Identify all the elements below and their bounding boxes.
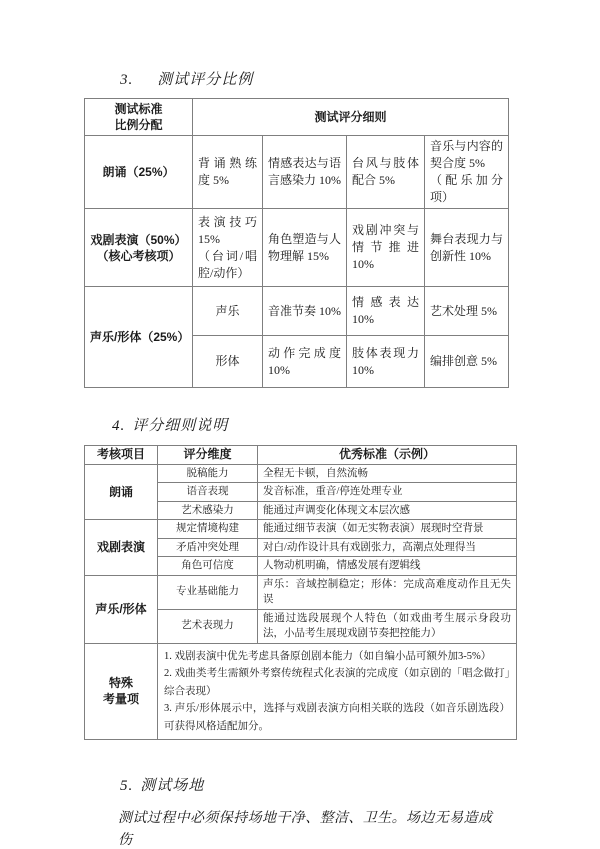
table-cell: 对白/动作设计具有戏剧张力，高潮点处理得当: [258, 538, 517, 557]
document-content: 3.测试评分比例 测试标准 比例分配 测试评分细则 朗诵（25%） 背诵熟练度 …: [84, 0, 516, 849]
table-cell: 戏剧冲突与情节推进 10%: [347, 209, 425, 287]
venue-paragraph: 测试过程中必须保持场地干净、整洁、卫生。场边无易造成伤: [118, 808, 498, 849]
table-cell: 表演技巧15% （台词/唱腔/动作）: [193, 209, 263, 287]
table-cell: 角色可信度: [158, 557, 258, 576]
table-row-vocal: 声乐/形体（25%） 声乐 音准节奏 10% 情感表达 10% 艺术处理 5%: [85, 287, 509, 336]
table-cell: 艺术表现力: [158, 609, 258, 643]
special-considerations-cell: 1. 戏剧表演中优先考虑具备原创剧本能力（如自编小品可额外加3-5%） 2. 戏…: [158, 643, 517, 740]
table-cell: 动作完成度 10%: [263, 336, 347, 388]
section-3-number: 3.: [120, 72, 133, 88]
section-5-number: 5.: [120, 778, 133, 794]
table-cell: 台风与肢体配合 5%: [347, 136, 425, 209]
header-cell-item: 考核项目: [85, 446, 158, 465]
sub-label-body: 形体: [193, 336, 263, 388]
table-cell: 矛盾冲突处理: [158, 538, 258, 557]
document-page: 3.测试评分比例 测试标准 比例分配 测试评分细则 朗诵（25%） 背诵熟练度 …: [0, 0, 600, 849]
section-5-heading: 5.测试场地: [120, 774, 516, 795]
table-header-row: 考核项目 评分维度 优秀标准（示例）: [85, 446, 517, 465]
table-cell: 人物动机明确，情感发展有逻辑线: [258, 557, 517, 576]
header-cell-dimension: 评分维度: [158, 446, 258, 465]
group-label-drama: 戏剧表演: [85, 520, 158, 576]
table-cell: 发音标准，重音/停连处理专业: [258, 483, 517, 502]
section-4-title: 评分细则说明: [132, 418, 228, 434]
header-cell-standard: 优秀标准（示例）: [258, 446, 517, 465]
table-cell: 艺术感染力: [158, 501, 258, 520]
table-cell: 专业基础能力: [158, 575, 258, 609]
row-label-drama: 戏剧表演（50%） （核心考核项）: [85, 209, 193, 287]
scoring-ratio-table: 测试标准 比例分配 测试评分细则 朗诵（25%） 背诵熟练度 5% 情感表达与语…: [84, 98, 509, 388]
table-cell: 音乐与内容的契合度 5% （配乐加分项）: [425, 136, 509, 209]
header-cell-ratio: 测试标准 比例分配: [85, 99, 193, 136]
table-cell: 舞台表现力与创新性 10%: [425, 209, 509, 287]
table-cell: 音准节奏 10%: [263, 287, 347, 336]
section-3-title: 测试评分比例: [157, 72, 253, 88]
table-cell: 能通过细节表演（如无实物表演）展现时空背景: [258, 520, 517, 539]
table-cell: 脱稿能力: [158, 464, 258, 483]
table-cell: 情感表达与语言感染力 10%: [263, 136, 347, 209]
table-row: 声乐/形体 专业基础能力 声乐：音域控制稳定；形体：完成高难度动作且无失误: [85, 575, 517, 609]
table-cell: 编排创意 5%: [425, 336, 509, 388]
section-3-heading: 3.测试评分比例: [120, 68, 516, 89]
table-row-recitation: 朗诵（25%） 背诵熟练度 5% 情感表达与语言感染力 10% 台风与肢体配合 …: [85, 136, 509, 209]
group-label-special: 特殊 考量项: [85, 643, 158, 740]
row-label-vocal-body: 声乐/形体（25%）: [85, 287, 193, 388]
table-row-special: 特殊 考量项 1. 戏剧表演中优先考虑具备原创剧本能力（如自编小品可额外加3-5…: [85, 643, 517, 740]
table-cell: 全程无卡顿，自然流畅: [258, 464, 517, 483]
header-cell-details: 测试评分细则: [193, 99, 509, 136]
criteria-table: 考核项目 评分维度 优秀标准（示例） 朗诵 脱稿能力 全程无卡顿，自然流畅 语音…: [84, 445, 517, 740]
row-label-recitation: 朗诵（25%）: [85, 136, 193, 209]
section-5-title: 测试场地: [140, 778, 204, 794]
table-cell: 声乐：音域控制稳定；形体：完成高难度动作且无失误: [258, 575, 517, 609]
table-cell: 艺术处理 5%: [425, 287, 509, 336]
table-cell: 背诵熟练度 5%: [193, 136, 263, 209]
table-row: 朗诵 脱稿能力 全程无卡顿，自然流畅: [85, 464, 517, 483]
table-cell: 能通过声调变化体现文本层次感: [258, 501, 517, 520]
sub-label-vocal: 声乐: [193, 287, 263, 336]
group-label-vocal-body: 声乐/形体: [85, 575, 158, 643]
group-label-recitation: 朗诵: [85, 464, 158, 520]
table-cell: 肢体表现力 10%: [347, 336, 425, 388]
table-row-drama: 戏剧表演（50%） （核心考核项） 表演技巧15% （台词/唱腔/动作） 角色塑…: [85, 209, 509, 287]
table-cell: 规定情境构建: [158, 520, 258, 539]
table-header-row: 测试标准 比例分配 测试评分细则: [85, 99, 509, 136]
table-cell: 语音表现: [158, 483, 258, 502]
table-cell: 能通过选段展现个人特色（如戏曲考生展示身段功法，小品考生展现戏剧节奏把控能力）: [258, 609, 517, 643]
section-4-number: 4.: [112, 418, 125, 434]
table-row: 戏剧表演 规定情境构建 能通过细节表演（如无实物表演）展现时空背景: [85, 520, 517, 539]
table-cell: 情感表达 10%: [347, 287, 425, 336]
section-4-heading: 4.评分细则说明: [112, 414, 516, 435]
table-cell: 角色塑造与人物理解 15%: [263, 209, 347, 287]
